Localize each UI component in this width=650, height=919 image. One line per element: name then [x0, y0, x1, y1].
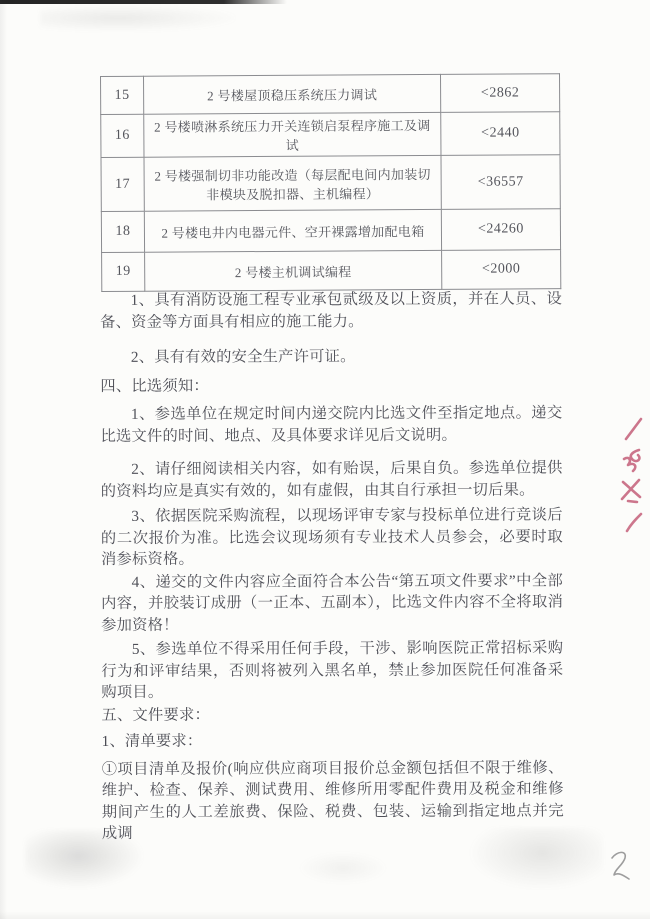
row-number-cell: 15: [101, 76, 144, 114]
paragraph-qualification-2: 2、具有有效的安全生产许可证。: [100, 345, 562, 368]
row-number-cell: 19: [102, 252, 145, 291]
section-heading-5: 五、文件要求：: [101, 703, 563, 726]
row-number-cell: 18: [101, 211, 144, 252]
paragraph-notice-5: 5、参选单位不得采用任何手段，干涉、影响医院正常招标采购行为和评审结果，否则将被…: [101, 637, 563, 703]
max-price-cell: <24260: [441, 209, 560, 251]
scan-noise: [298, 852, 388, 884]
max-price-cell: <2862: [440, 74, 559, 113]
paragraph-notice-2: 2、请仔细阅读相关内容，如有贻误，后果自负。参选单位提供的资料均应是真实有效的，…: [101, 457, 563, 502]
item-description-cell: 2 号楼屋顶稳压系统压力调试: [144, 74, 441, 114]
scan-shadow-bottom: [0, 911, 650, 919]
section-heading-4: 四、比选须知：: [100, 374, 562, 397]
table-row: 17 2 号楼强制切非功能改造（每层配电间内加装切非模块及脱扣器、主机编程） <…: [101, 155, 560, 212]
scan-shadow-left: [0, 0, 7, 919]
scan-edge-bar: [0, 0, 287, 4]
cost-items-table: 15 2 号楼屋顶稳压系统压力调试 <2862 16 2 号楼喷淋系统压力开关连…: [100, 73, 561, 292]
item-description-cell: 2 号楼喷淋系统压力开关连锁启泵程序施工及调试: [144, 112, 441, 157]
paragraph-notice-4: 4、递交的文件内容应全面符合本公告“第五项文件要求”中全部内容，并胶装订成册（一…: [101, 570, 563, 636]
scan-noise: [40, 5, 235, 31]
paragraph-notice-3: 3、依据医院采购流程，以现场评审专家与投标单位进行竞谈后的二次报价为准。比选会议…: [101, 504, 563, 570]
paragraph-item-1: ①项目清单及报价(响应供应商项目报价总金额包括但不限于维修、维护、检查、保养、测…: [102, 757, 564, 845]
document-body-text: 1、具有消防设施工程专业承包贰级及以上资质，并在人员、设备、资金等方面具有相应的…: [100, 288, 564, 844]
table-row: 15 2 号楼屋顶稳压系统压力调试 <2862: [101, 74, 560, 115]
table-row: 18 2 号楼电井内电器元件、空开裸露增加配电箱 <24260: [101, 209, 560, 253]
paragraph-qualification-1: 1、具有消防设施工程专业承包贰级及以上资质，并在人员、设备、资金等方面具有相应的…: [100, 288, 562, 333]
max-price-cell: <2000: [442, 250, 561, 290]
page-number-handwritten: 2: [604, 848, 638, 892]
paragraph-notice-1: 1、参选单位在规定时间内递交院内比选文件至指定地点。递交比选文件的时间、地点、及…: [100, 402, 562, 447]
max-price-cell: <36557: [441, 155, 560, 210]
table-row: 19 2 号楼主机调试编程 <2000: [102, 250, 561, 292]
row-number-cell: 17: [101, 157, 144, 211]
list-requirements-heading: 1、清单要求：: [102, 729, 564, 752]
item-description-cell: 2 号楼电井内电器元件、空开裸露增加配电箱: [144, 209, 441, 252]
max-price-cell: <2440: [441, 112, 560, 156]
row-number-cell: 16: [101, 114, 144, 157]
item-description-cell: 2 号楼主机调试编程: [145, 250, 442, 291]
scanned-document-page: 15 2 号楼屋顶稳压系统压力调试 <2862 16 2 号楼喷淋系统压力开关连…: [0, 0, 650, 919]
handwritten-red-ink-marks-icon: [610, 410, 648, 538]
pencil-2-glyph-icon: [604, 848, 638, 892]
table-row: 16 2 号楼喷淋系统压力开关连锁启泵程序施工及调试 <2440: [101, 112, 560, 158]
item-description-cell: 2 号楼强制切非功能改造（每层配电间内加装切非模块及脱扣器、主机编程）: [144, 155, 441, 211]
